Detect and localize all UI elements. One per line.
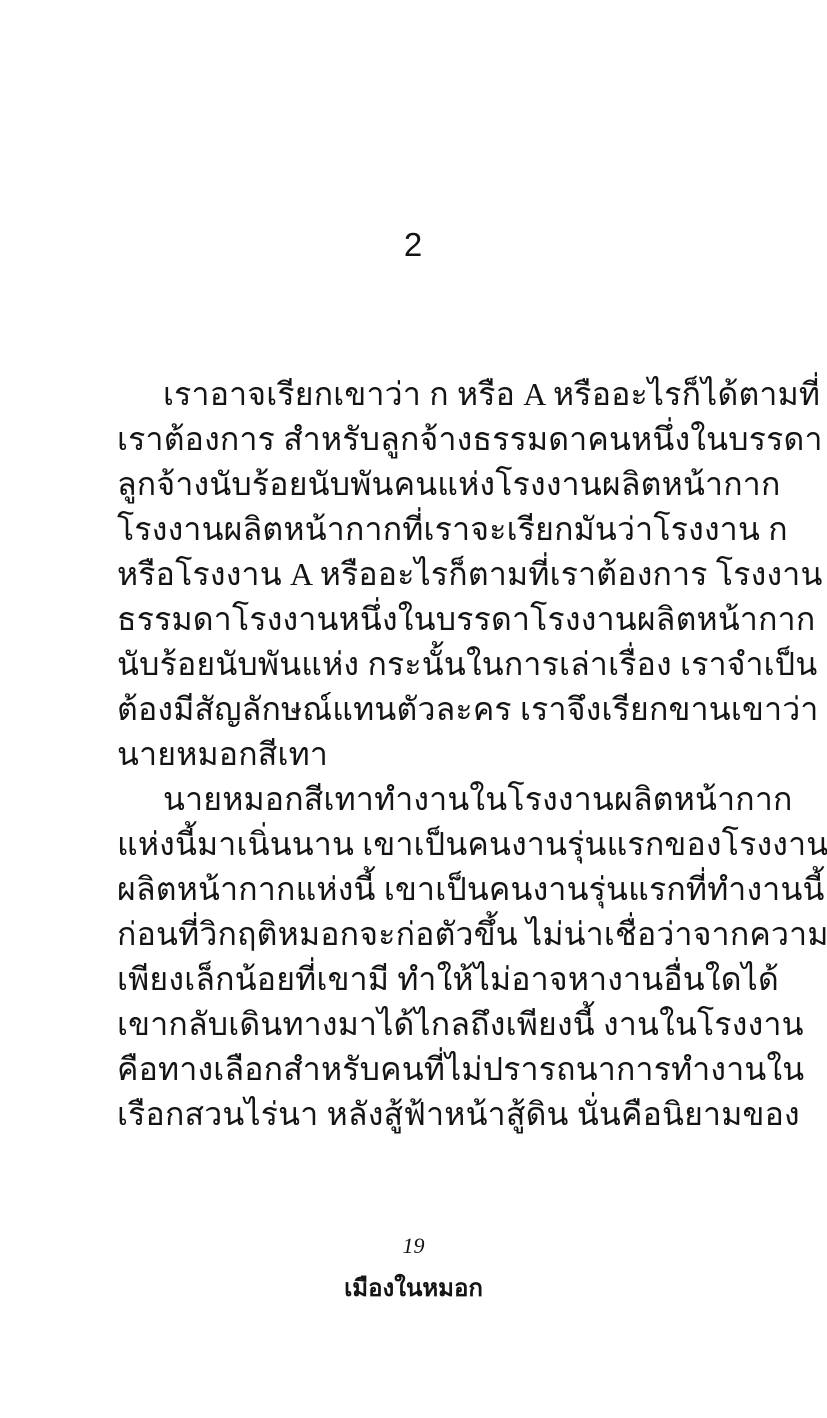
text-line: นับร้อยนับพันแห่ง กระนั้นในการเล่าเรื่อง… xyxy=(117,642,697,687)
text-line: ธรรมดาโรงงานหนึ่งในบรรดาโรงงานผลิตหน้ากา… xyxy=(117,597,697,642)
text-line: นายหมอกสีเทา xyxy=(117,732,697,777)
text-line: เราต้องการ สำหรับลูกจ้างธรรมดาคนหนึ่งในบ… xyxy=(117,417,697,462)
book-page: 2 เราอาจเรียกเขาว่า ก หรือ A หรืออะไรก็ไ… xyxy=(0,0,827,1418)
page-number: 19 xyxy=(0,1233,827,1259)
chapter-number: 2 xyxy=(0,226,827,264)
text-line: เราอาจเรียกเขาว่า ก หรือ A หรืออะไรก็ได้… xyxy=(117,372,697,417)
text-line: เพียงเล็กน้อยที่เขามี ทำให้ไม่อาจหางานอื… xyxy=(117,957,697,1002)
text-line: เรือกสวนไร่นา หลังสู้ฟ้าหน้าสู้ดิน นั่นค… xyxy=(117,1092,697,1137)
book-title-footer: เมืองในหมอก xyxy=(0,1268,827,1307)
text-line: คือทางเลือกสำหรับคนที่ไม่ปรารถนาการทำงาน… xyxy=(117,1047,697,1092)
text-line: นายหมอกสีเทาทำงานในโรงงานผลิตหน้ากาก xyxy=(117,777,697,822)
text-line: ต้องมีสัญลักษณ์แทนตัวละคร เราจึงเรียกขาน… xyxy=(117,687,697,732)
text-line: แห่งนี้มาเนิ่นนาน เขาเป็นคนงานรุ่นแรกของ… xyxy=(117,822,697,867)
body-text: เราอาจเรียกเขาว่า ก หรือ A หรืออะไรก็ได้… xyxy=(117,372,697,1137)
text-line: เขากลับเดินทางมาได้ไกลถึงเพียงนี้ งานในโ… xyxy=(117,1002,697,1047)
text-line: ก่อนที่วิกฤติหมอกจะก่อตัวขึ้น ไม่น่าเชื่… xyxy=(117,912,697,957)
text-line: โรงงานผลิตหน้ากากที่เราจะเรียกมันว่าโรงง… xyxy=(117,507,697,552)
text-line: ลูกจ้างนับร้อยนับพันคนแห่งโรงงานผลิตหน้า… xyxy=(117,462,697,507)
text-line: ผลิตหน้ากากแห่งนี้ เขาเป็นคนงานรุ่นแรกที… xyxy=(117,867,697,912)
text-line: หรือโรงงาน A หรืออะไรก็ตามที่เราต้องการ … xyxy=(117,552,697,597)
